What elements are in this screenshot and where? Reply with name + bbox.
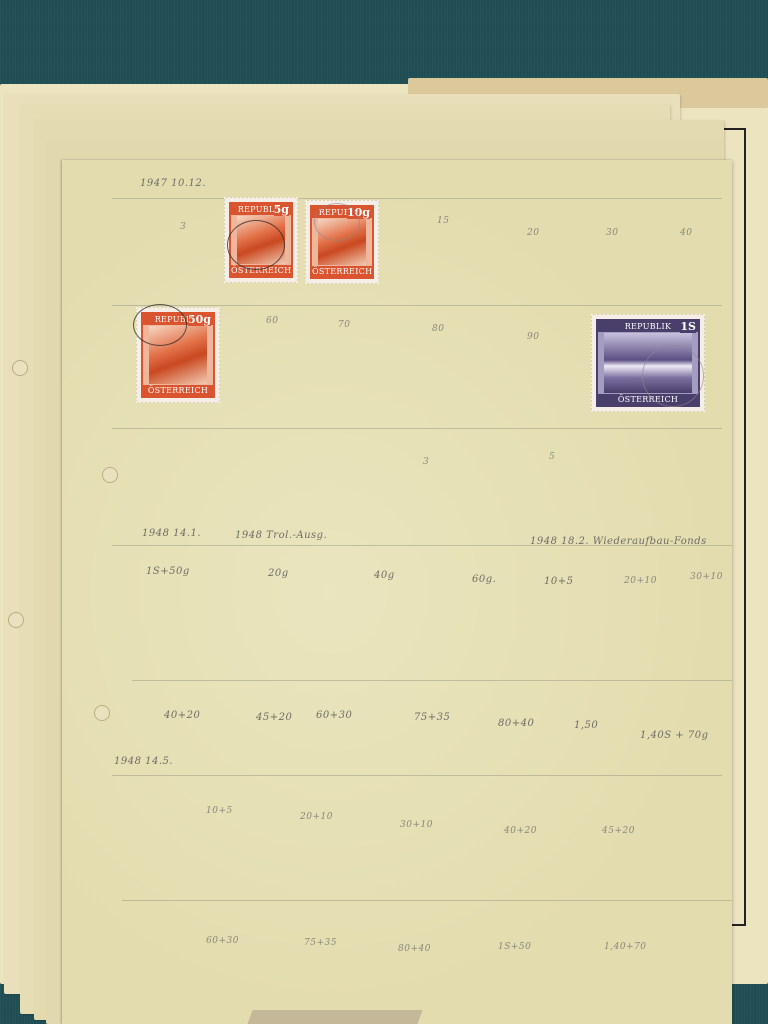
catalog-value: 15 [437,216,449,226]
punch-hole [8,612,24,628]
catalog-value: 30 [606,228,618,238]
ruled-line [112,775,722,776]
postmark-cancel [642,345,704,407]
section-heading: 1948 Trol.-Ausg. [235,530,327,541]
catalog-value: 30+10 [400,820,433,830]
page-tab [247,1010,422,1024]
catalog-value: 80+40 [398,944,431,954]
catalog-value: 60 [266,316,278,326]
catalog-value: 20+10 [300,812,333,822]
stamp-denomination: 1S [680,320,696,333]
stamp-5g: REPUBLIK 5g ÖSTERREICH [225,198,297,282]
catalog-value: 20g [268,568,289,579]
catalog-value: 1,40S + 70g [640,730,708,741]
stamp-50g: REPUBLIK 50g ÖSTERREICH [137,308,219,402]
punch-hole [102,467,118,483]
catalog-value: 45+20 [256,712,292,723]
catalog-value: 30+10 [690,572,723,582]
ruled-line [112,305,722,306]
catalog-value: 40+20 [164,710,200,721]
catalog-value: 1,40+70 [604,942,647,952]
catalog-value: 20 [527,228,539,238]
catalog-value: 10+5 [544,576,573,587]
catalog-value: 45+20 [602,826,635,836]
catalog-value: 1S+50 [498,942,531,952]
catalog-value: 80 [432,324,444,334]
section-heading: 1948 14.5. [114,756,173,767]
section-heading: 1947 10.12. [140,178,206,189]
ruled-line [112,198,722,199]
stamp-denomination: 50g [188,313,211,326]
section-heading: 1948 14.1. [142,528,201,539]
catalog-value: 1S+50g [146,566,190,577]
catalog-value: 60+30 [316,710,352,721]
catalog-value: 60g. [472,574,496,585]
catalog-value: 1,50 [574,720,598,731]
catalog-value: 20+10 [624,576,657,586]
catalog-value: 3 [180,222,186,232]
catalog-value: 5 [549,452,555,462]
catalog-value: 90 [527,332,539,342]
catalog-value: 70 [338,320,350,330]
catalog-value: 10+5 [206,806,233,816]
catalog-value: 40g [374,570,395,581]
ruled-line [122,900,732,901]
stamp-country-bottom: ÖSTERREICH [312,266,372,277]
ruled-line [112,428,722,429]
stamp-country-bottom: ÖSTERREICH [143,385,213,396]
catalog-value: 40 [680,228,692,238]
catalog-value: 40+20 [504,826,537,836]
ruled-line [132,680,732,681]
section-heading: 1948 18.2. Wiederaufbau-Fonds [530,536,707,547]
catalog-value: 80+40 [498,718,534,729]
stamp-1s: REPUBLIK 1S ÖSTERREICH [592,315,704,411]
punch-hole [94,705,110,721]
postmark-cancel [133,304,187,346]
catalog-value: 3 [423,457,429,467]
stamp-10g: REPUBLIK 10g ÖSTERREICH [306,201,378,283]
album-page: 1947 10.12. 3 15 20 30 40 60 70 80 90 3 … [62,160,732,1024]
postmark-cancel [314,203,360,241]
catalog-value: 75+35 [414,712,450,723]
catalog-value: 60+30 [206,936,239,946]
postmark-cancel [227,220,285,270]
stamp-denomination: 5g [274,203,289,216]
catalog-value: 75+35 [304,938,337,948]
punch-hole [12,360,28,376]
